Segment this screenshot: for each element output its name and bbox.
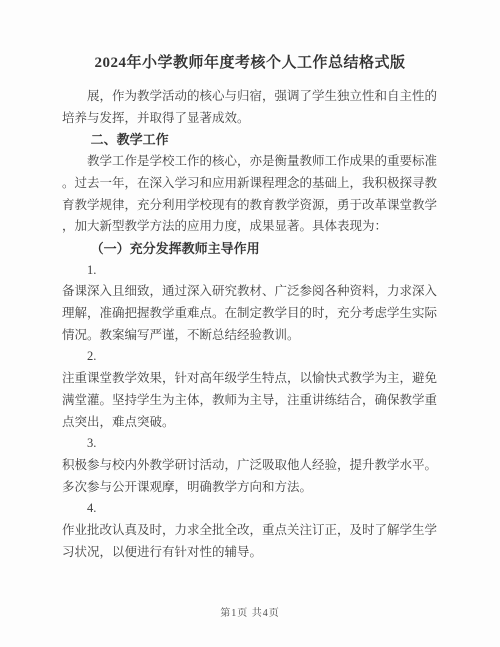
list-number-2: 2.: [62, 346, 438, 368]
section-heading-teaching-work: 二、教学工作: [62, 129, 438, 151]
list-number-4: 4.: [62, 498, 438, 520]
paragraph-teaching-overview: 教学工作是学校工作的核心，亦是衡量教师工作成果的重要标准。过去一年，在深入学习和…: [62, 151, 438, 238]
paragraph-item-1: 备课深入且细致，通过深入研究教材、广泛参阅各种资料，力求深入理解，准确把握教学重…: [62, 281, 438, 346]
document-title: 2024年小学教师年度考核个人工作总结格式版: [0, 0, 500, 76]
subsection-heading-teacher-leading-role: （一）充分发挥教师主导作用: [62, 238, 438, 260]
paragraph-item-4: 作业批改认真及时，力求全批全改，重点关注订正，及时了解学生学习状况，以便进行有针…: [62, 520, 438, 563]
document-page: 2024年小学教师年度考核个人工作总结格式版 展，作为教学活动的核心与归宿，强调…: [0, 0, 500, 647]
page-number-indicator: 第1页 共4页: [0, 604, 500, 619]
list-number-1: 1.: [62, 260, 438, 282]
list-number-3: 3.: [62, 433, 438, 455]
paragraph-item-2: 注重课堂教学效果，针对高年级学生特点，以愉快式教学为主，避免满堂灌。坚持学生为主…: [62, 368, 438, 433]
paragraph-continuation: 展，作为教学活动的核心与归宿，强调了学生独立性和自主性的培养与发挥，并取得了显著…: [62, 86, 438, 129]
document-body: 展，作为教学活动的核心与归宿，强调了学生独立性和自主性的培养与发挥，并取得了显著…: [62, 86, 438, 563]
paragraph-item-3: 积极参与校内外教学研讨活动，广泛吸取他人经验，提升教学水平。多次参与公开课观摩，…: [62, 455, 438, 498]
